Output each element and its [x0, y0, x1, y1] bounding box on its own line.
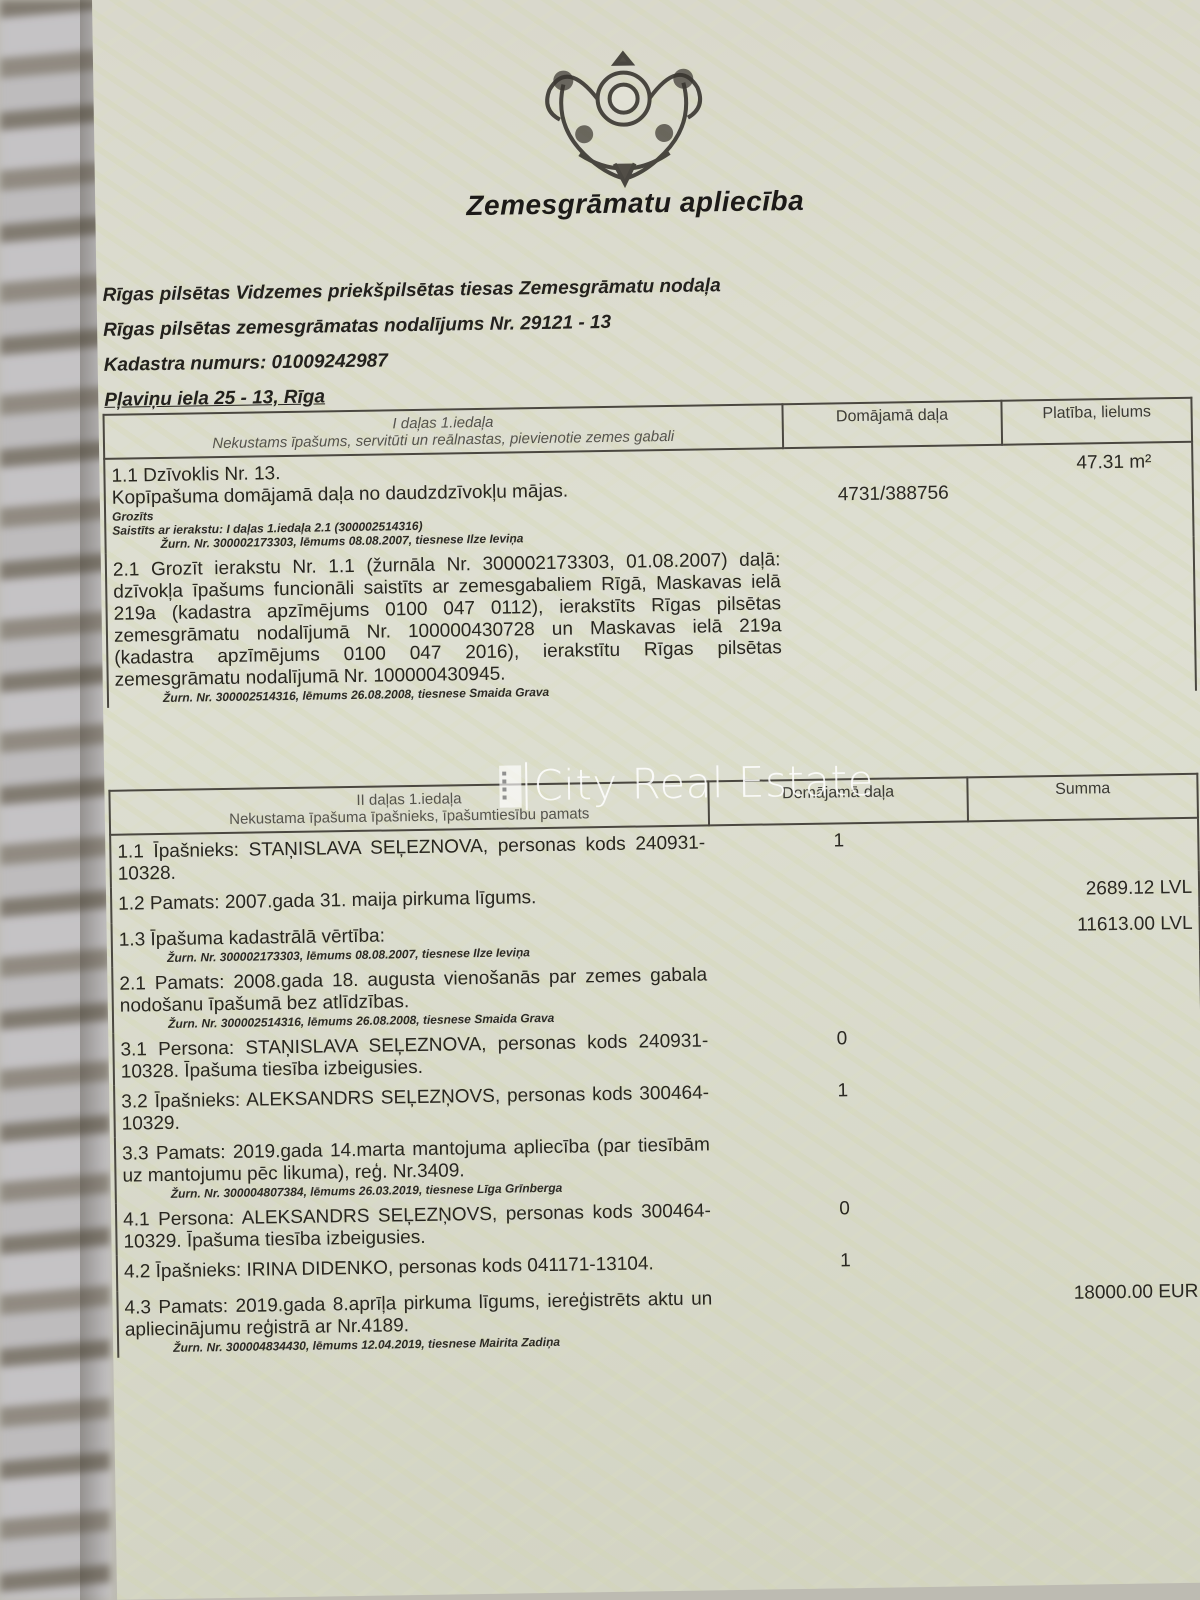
sum-value	[974, 1187, 1200, 1243]
division-number: Rīgas pilsētas zemesgrāmatas nodalījums …	[103, 312, 611, 342]
watermark: City Real Estate	[499, 756, 874, 811]
owner-entry: 3.2 Īpašnieks: ALEKSANDRS SEĻEZŅOVS, per…	[114, 1076, 714, 1137]
section-2-table: II daļas 1.iedaļa Nekustama īpašuma īpaš…	[108, 773, 1200, 1358]
entry-text: 4.2 Īpašnieks: IRINA DIDENKO, personas k…	[124, 1252, 712, 1283]
col-area-header: Platība, lielums	[1002, 398, 1192, 445]
city-real-estate-logo-icon	[499, 765, 522, 807]
sum-value: 11613.00 LVL	[970, 907, 1200, 955]
owner-entry: 4.1 Persona: ALEKSANDRS SEĻEZŅOVS, perso…	[116, 1194, 716, 1255]
share-value: 1	[715, 1242, 975, 1282]
sum-value	[968, 818, 1198, 875]
entry-1-1: 1.1 Dzīvoklis Nr. 13. Kopīpašuma domājam…	[104, 448, 784, 554]
property-address: Pļaviņu iela 25 - 13, Rīga	[104, 386, 325, 411]
cadastre-number: Kadastra numurs: 01009242987	[104, 350, 388, 376]
sum-value	[971, 1017, 1200, 1073]
entry-text: 1.1 Īpašnieks: STAŅISLAVA SEĻEZNOVA, per…	[117, 832, 705, 885]
section-1-table: I daļas 1.iedaļa Nekustams īpašums, serv…	[103, 397, 1197, 708]
share-value: 0	[712, 1020, 972, 1076]
document-title: Zemesgrāmatu apliecība	[425, 184, 845, 223]
owner-entry: 3.3 Pamats: 2019.gada 14.marta mantojuma…	[115, 1128, 715, 1203]
owner-entry: 1.1 Īpašnieks: STAŅISLAVA SEĻEZNOVA, per…	[110, 825, 710, 887]
share-value	[716, 1278, 977, 1348]
entry-text: 1.2 Pamats: 2007.gada 31. maija pirkuma …	[118, 884, 706, 915]
share-value: 1	[713, 1072, 973, 1128]
area-value: 47.31 m²	[1002, 442, 1193, 540]
sum-value	[972, 1069, 1200, 1125]
entry-text: 4.1 Persona: ALEKSANDRS SEĻEZŅOVS, perso…	[123, 1200, 711, 1253]
certificate-page: Zemesgrāmatu apliecība Rīgas pilsētas Vi…	[92, 0, 1200, 1600]
sum-value	[975, 1239, 1200, 1279]
entry-text: 3.1 Persona: STAŅISLAVA SEĻEZNOVA, perso…	[120, 1030, 708, 1083]
col-share-header: Domājamā daļa	[782, 401, 1002, 448]
latvia-coat-of-arms-icon	[523, 42, 725, 195]
share-value	[710, 874, 970, 914]
col-sum-header: Summa	[968, 774, 1198, 822]
sum-value: 18000.00 EUR	[976, 1275, 1200, 1345]
table-row: 2.1 Grozīt ierakstu Nr. 1.1 (žurnāla Nr.…	[106, 537, 1196, 708]
watermark-divider	[525, 762, 528, 810]
empty-cell	[784, 540, 1006, 697]
empty-cell	[1004, 537, 1196, 694]
share-value	[714, 1124, 975, 1194]
sum-value	[970, 951, 1200, 1021]
share-value	[711, 954, 972, 1024]
owner-entry: 2.1 Pamats: 2008.gada 18. augusta vienoš…	[112, 958, 712, 1033]
court-name: Rīgas pilsētas Vidzemes priekšpilsētas t…	[102, 275, 720, 307]
owner-entry: 3.1 Persona: STAŅISLAVA SEĻEZNOVA, perso…	[113, 1024, 713, 1085]
sum-value: 2689.12 LVL	[969, 871, 1199, 911]
share-value: 0	[715, 1190, 975, 1246]
entry-text: 2.1 Grozīt ierakstu Nr. 1.1 (žurnāla Nr.…	[113, 549, 783, 691]
share-value: 4731/388756	[783, 445, 1004, 543]
share-value: 1	[709, 821, 969, 878]
entry-2-1: 2.1 Grozīt ierakstu Nr. 1.1 (žurnāla Nr.…	[106, 543, 787, 708]
entry-text: 3.2 Īpašnieks: ALEKSANDRS SEĻEZŅOVS, per…	[121, 1082, 709, 1135]
sum-value	[973, 1121, 1200, 1191]
table-row: 1.1 Dzīvoklis Nr. 13. Kopīpašuma domājam…	[104, 442, 1193, 554]
owner-entry: 4.3 Pamats: 2019.gada 8.aprīļa pirkuma l…	[117, 1282, 717, 1357]
share-value	[710, 910, 970, 958]
watermark-text: City Real Estate	[533, 756, 874, 810]
